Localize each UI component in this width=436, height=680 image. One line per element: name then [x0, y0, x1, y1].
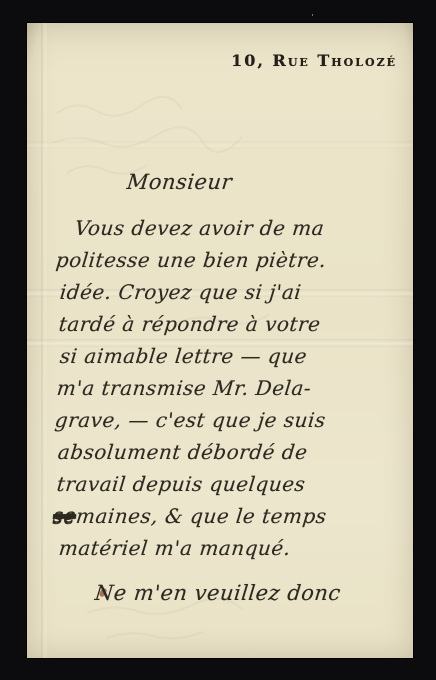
letterhead-address: 10, Rue Tholozé [231, 51, 397, 70]
dust-speck [312, 14, 313, 16]
letter-line: matériel m'a manqué. [58, 536, 292, 560]
vertical-fold-crease [41, 23, 48, 658]
letter-paper: 10, Rue Tholozé Monsieur Vous devez avoi… [27, 23, 413, 658]
letter-line: grave, — c'est que je suis [54, 408, 327, 432]
struck-out-text: se [52, 504, 78, 528]
salutation: Monsieur [126, 170, 234, 194]
letter-line: m'a transmise Mr. Dela- [56, 376, 313, 400]
letter-line: Vous devez avoir de ma [74, 216, 326, 240]
letter-line: absolument débordé de [57, 440, 309, 464]
letter-line: si aimable lettre — que [59, 344, 309, 368]
letter-line: travail depuis quelques [56, 472, 307, 496]
letter-line: idée. Croyez que si j'ai [59, 280, 303, 304]
letter-line-with-correction: semaines, & que le temps [52, 504, 328, 528]
letter-line: tardé à répondre à votre [58, 312, 322, 336]
photo-background: 10, Rue Tholozé Monsieur Vous devez avoi… [0, 0, 436, 680]
letter-line-rest: maines, & que le temps [75, 504, 328, 528]
letter-closing-line: Ne m'en veuillez donc [94, 581, 342, 605]
letter-line: politesse une bien piètre. [55, 248, 328, 272]
show-through-writing [27, 23, 413, 658]
horizontal-crease [27, 141, 413, 149]
